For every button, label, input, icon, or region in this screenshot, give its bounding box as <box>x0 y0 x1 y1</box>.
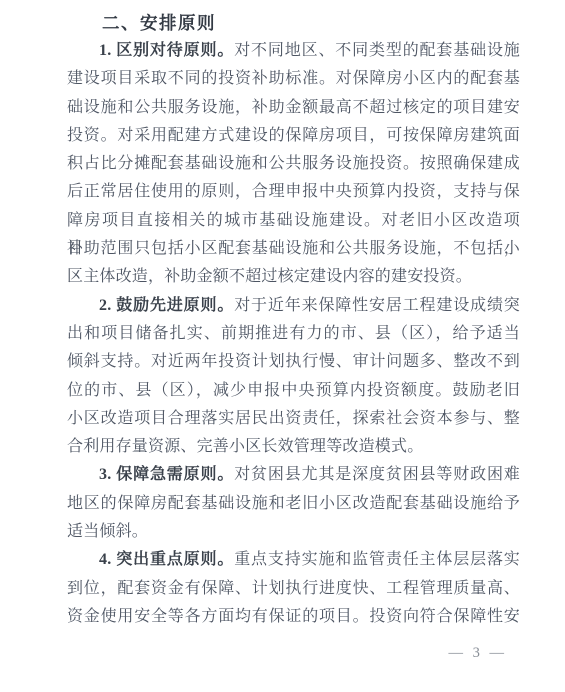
text-line: 投资。对采用配建方式建设的保障房项目，可按保障房建筑面 <box>67 122 520 150</box>
document-content: 二、安排原则 1. 区别对待原则。对不同地区、不同类型的配套基础设施 建设项目采… <box>67 9 520 631</box>
principle-label: 3. 保障急需原则。 <box>99 466 234 483</box>
text-line: 资金使用安全等各方面均有保证的项目。投资向符合保障性安 <box>67 603 520 631</box>
paragraph-3: 3. 保障急需原则。对贫困县尤其是深度贫困县等财政困难 地区的保障房配套基础设施… <box>67 461 520 546</box>
text-line: 2. 鼓励先进原则。对于近年来保障性安居工程建设成绩突 <box>67 292 520 320</box>
text-line: 建设项目采取不同的投资补助标准。对保障房小区内的配套基 <box>67 65 520 93</box>
text-line: 4. 突出重点原则。重点支持实施和监管责任主体层层落实 <box>67 546 520 574</box>
principle-label: 4. 突出重点原则。 <box>99 551 234 568</box>
text-line: 合利用存量资源、完善小区长效管理等改造模式。 <box>67 433 520 461</box>
text-line: 适当倾斜。 <box>67 518 520 546</box>
text-line: 障房项目直接相关的城市基础设施建设。对老旧小区改造项目， <box>67 207 520 235</box>
text-line: 积占比分摊配套基础设施和公共服务设施投资。按照确保建成 <box>67 150 520 178</box>
text-line: 小区改造项目合理落实居民出资责任，探索社会资本参与、整 <box>67 405 520 433</box>
text-line: 3. 保障急需原则。对贫困县尤其是深度贫困县等财政困难 <box>67 461 520 489</box>
paragraph-4: 4. 突出重点原则。重点支持实施和监管责任主体层层落实 到位，配套资金有保障、计… <box>67 546 520 631</box>
principle-label: 1. 区别对待原则。 <box>99 42 234 59</box>
text-line: 地区的保障房配套基础设施和老旧小区改造配套基础设施给予 <box>67 490 520 518</box>
text-line: 出和项目储备扎实、前期推进有力的市、县（区），给予适当 <box>67 320 520 348</box>
section-heading: 二、安排原则 <box>67 9 520 37</box>
text-run: 对贫困县尤其是深度贫困县等财政困难 <box>234 466 520 483</box>
page-number: — 3 — <box>449 642 508 664</box>
text-line: 后正常居住使用的原则，合理申报中央预算内投资，支持与保 <box>67 178 520 206</box>
paragraph-2: 2. 鼓励先进原则。对于近年来保障性安居工程建设成绩突 出和项目储备扎实、前期推… <box>67 292 520 462</box>
text-line: 到位，配套资金有保障、计划执行进度快、工程管理质量高、 <box>67 575 520 603</box>
text-line: 础设施和公共服务设施，补助金额最高不超过核定的项目建安 <box>67 94 520 122</box>
text-line: 区主体改造，补助金额不超过核定建设内容的建安投资。 <box>67 263 520 291</box>
text-run: 对不同地区、不同类型的配套基础设施 <box>234 42 520 59</box>
text-run: 对于近年来保障性安居工程建设成绩突 <box>234 297 520 314</box>
text-run: 重点支持实施和监管责任主体层层落实 <box>234 551 520 568</box>
text-line: 补助范围只包括小区配套基础设施和公共服务设施，不包括小 <box>67 235 520 263</box>
document-page: 二、安排原则 1. 区别对待原则。对不同地区、不同类型的配套基础设施 建设项目采… <box>0 0 565 692</box>
text-line: 1. 区别对待原则。对不同地区、不同类型的配套基础设施 <box>67 37 520 65</box>
paragraph-1: 1. 区别对待原则。对不同地区、不同类型的配套基础设施 建设项目采取不同的投资补… <box>67 37 520 292</box>
text-line: 倾斜支持。对近两年投资计划执行慢、审计问题多、整改不到 <box>67 348 520 376</box>
text-line: 位的市、县（区），减少申报中央预算内投资额度。鼓励老旧 <box>67 377 520 405</box>
principle-label: 2. 鼓励先进原则。 <box>99 297 234 314</box>
